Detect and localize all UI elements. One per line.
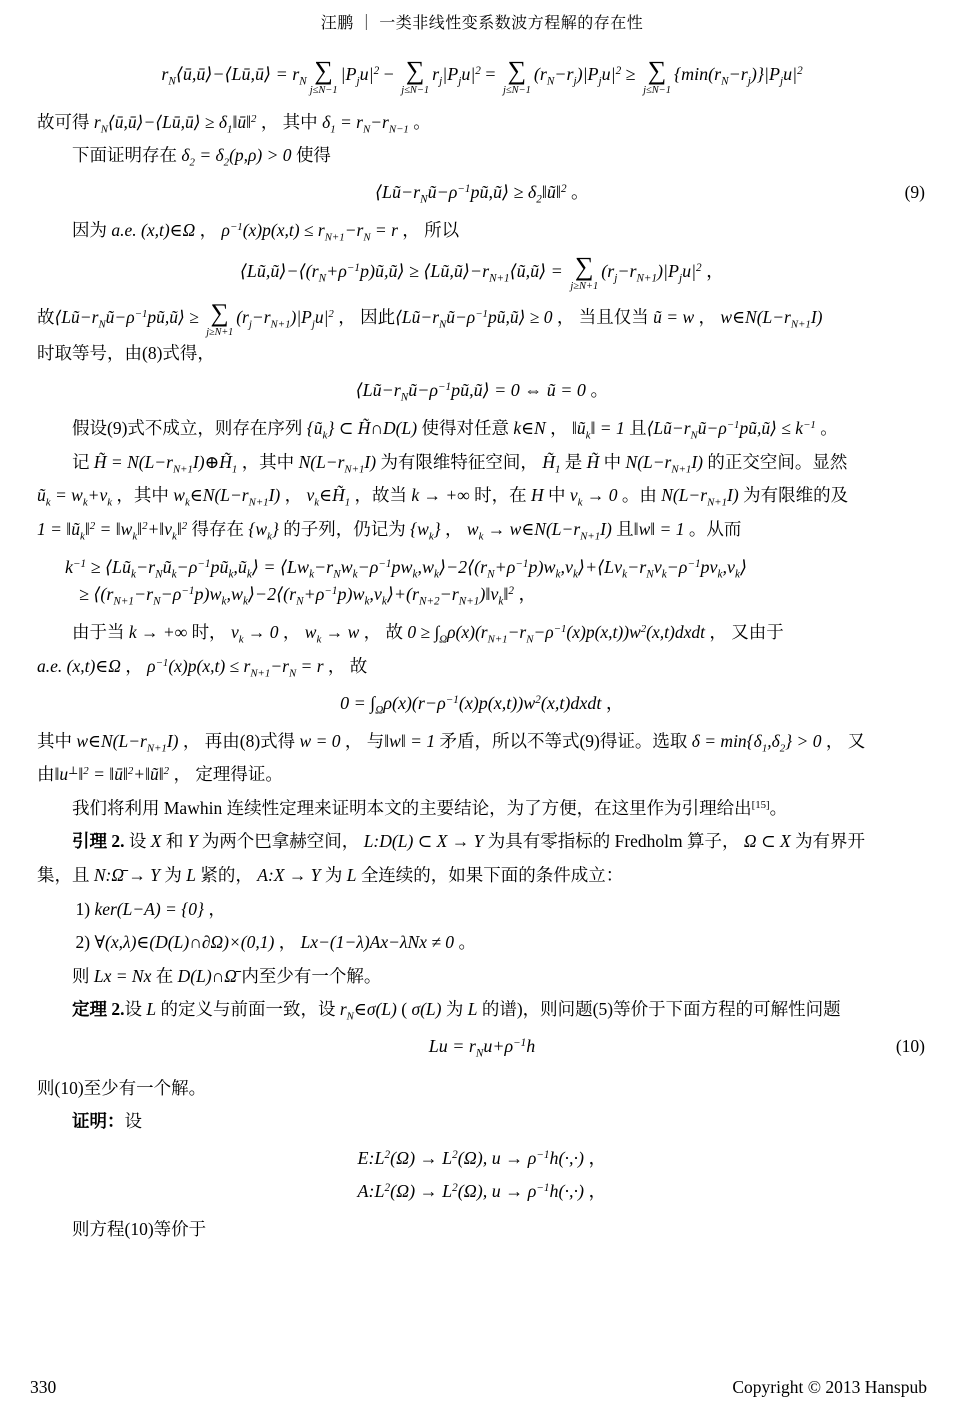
equation-text: Lu = rNu+ρ−1h: [429, 1036, 536, 1056]
condition-text: 1) ker(L−A) = {0} ，: [76, 899, 226, 919]
paragraph-text: 其中 w∈N(L−rN+1I) ， 再由(8)式得 w = 0 ， 与‖w‖ =…: [37, 731, 865, 751]
running-header: 汪鹏 ｜ 一类非线性变系数波方程解的存在性: [37, 10, 927, 33]
equation-text: E:L2(Ω) → L2(Ω), u → ρ−1h(·,·) ，: [358, 1148, 607, 1168]
paragraph-solution-exists: 则(10)至少有一个解。: [37, 1072, 927, 1106]
display-equation-10: Lu = rNu+ρ−1h (10): [37, 1033, 927, 1060]
paragraph-text: 1 = ‖ũk‖2 = ‖wk‖2+‖vk‖2 得存在 {wk} 的子列，仍记为…: [37, 519, 741, 539]
paragraph-hence-sum: 故⟨Lũ−rNũ−ρ−1pũ,ũ⟩ ≥ ∑j≥N+1(rj−rN+1)|Pju|…: [37, 300, 927, 338]
theorem-text: 设 L 的定义与前面一致，设 rN∈σ(L) ( σ(L) 为 L 的谱)，则问…: [125, 999, 841, 1019]
equation-text: ⟨Lũ,ũ⟩−⟨(rN+ρ−1p)ũ,ũ⟩ ≥ ⟨Lũ,ũ⟩−rN+1⟨ũ,ũ⟩…: [240, 261, 724, 281]
equation-text: A:L2(Ω) → L2(Ω), u → ρ−1h(·,·) ，: [358, 1181, 607, 1201]
paragraph-space-decomposition: 记 H̃ = N(L−rN+1I)⊕H̃1 ，其中 N(L−rN+1I) 为有限…: [37, 446, 927, 480]
paragraph-contradiction-end: 其中 w∈N(L−rN+1I) ， 再由(8)式得 w = 0 ， 与‖w‖ =…: [37, 725, 927, 759]
paragraph-ae-bound: a.e. (x,t)∈Ω ， ρ−1(x)p(x,t) ≤ rN+1−rN = …: [37, 650, 927, 684]
paragraph-delta2-claim: 下面证明存在 δ2 = δ2(p,ρ) > 0 使得: [37, 139, 927, 173]
paragraph-text: 假设(9)式不成立，则存在序列 {ũk} ⊂ H̃∩D(L) 使得对任意 k∈N…: [72, 418, 838, 438]
paragraph-text: 记 H̃ = N(L−rN+1I)⊕H̃1 ，其中 N(L−rN+1I) 为有限…: [72, 452, 847, 472]
paragraph-text: 则 Lx = Nx 在 D(L)∩Ω̄ 内至少有一个解。: [72, 966, 381, 986]
paragraph-contradiction-setup: 假设(9)式不成立，则存在序列 {ũk} ⊂ H̃∩D(L) 使得对任意 k∈N…: [37, 412, 927, 446]
display-equation-kinv-line1: k−1 ≥ ⟨Lũk−rNũk−ρ−1pũk,ũk⟩ = ⟨Lwk−rNwk−ρ…: [37, 554, 927, 581]
display-equation-zero-integral: 0 = ∫Ωρ(x)(r−ρ−1(x)p(x,t))w2(x,t)dxdt ，: [37, 690, 927, 717]
paragraph-text: 由于当 k → +∞ 时， vk → 0 ， wk → w ， 故 0 ≥ ∫Ω…: [72, 622, 784, 642]
paper-page: 汪鹏 ｜ 一类非线性变系数波方程解的存在性 rN⟨ū,ū⟩−⟨Lū,ū⟩ = r…: [0, 0, 965, 1414]
paragraph-theorem-proved: 由‖u⊥‖2 = ‖ū‖2+‖ũ‖2 ， 定理得证。: [37, 758, 927, 792]
lemma-condition-2: 2) ∀(x,λ)∈(D(L)∩∂Ω)×(0,1) ， Lx−(1−λ)Ax−λ…: [37, 926, 927, 960]
running-title: 汪鹏 ｜ 一类非线性变系数波方程解的存在性: [321, 15, 644, 32]
paragraph-text: 我们将利用 Mawhin 连续性定理来证明本文的主要结论，为了方便，在这里作为引…: [72, 798, 787, 818]
paragraph-limit-integral: 由于当 k → +∞ 时， vk → 0 ， wk → w ， 故 0 ≥ ∫Ω…: [37, 616, 927, 650]
equation-number: (10): [896, 1033, 925, 1059]
equation-text: 0 = ∫Ωρ(x)(r−ρ−1(x)p(x,t))w2(x,t)dxdt ，: [340, 693, 624, 713]
paragraph-text: 则方程(10)等价于: [72, 1219, 206, 1239]
paragraph-text: ũk = wk+vk ，其中 wk∈N(L−rN+1I) ， vk∈H̃1 ，故…: [37, 485, 848, 505]
equation-number: (9): [905, 179, 925, 205]
paragraph-conclusion-delta1: 故可得 rN⟨ū,ū⟩−⟨Lū,ū⟩ ≥ δ1‖ū‖2 ， 其中 δ1 = rN…: [37, 106, 927, 140]
equation-text: ⟨Lũ−rNũ−ρ−1pũ,ũ⟩ ≥ δ2‖ũ‖2 。: [375, 182, 589, 202]
display-equation-A: A:L2(Ω) → L2(Ω), u → ρ−1h(·,·) ，: [37, 1178, 927, 1205]
theorem-2: 定理 2.设 L 的定义与前面一致，设 rN∈σ(L) ( σ(L) 为 L 的…: [37, 993, 927, 1027]
paragraph-text: 则(10)至少有一个解。: [37, 1078, 206, 1098]
paragraph-lemma-continuation: 集，且 N:Ω̄ → Y 为 L 紧的， A:X → Y 为 L 全连续的，如果…: [37, 859, 927, 893]
proof-label: 证明：: [72, 1111, 125, 1131]
lemma-2: 引理 2. 设 X 和 Y 为两个巴拿赫空间， L:D(L) ⊂ X → Y 为…: [37, 825, 927, 859]
display-equation-kinv-line2: ≥ ⟨(rN+1−rN−ρ−1p)wk,wk⟩−2⟨(rN+ρ−1p)wk,vk…: [37, 581, 927, 608]
paragraph-text: a.e. (x,t)∈Ω ， ρ−1(x)p(x,t) ≤ rN+1−rN = …: [37, 656, 367, 676]
paragraph-text: 由‖u⊥‖2 = ‖ū‖2+‖ũ‖2 ， 定理得证。: [37, 764, 283, 784]
page-footer: 330 Copyright © 2013 Hanspub: [0, 1377, 965, 1398]
paragraph-text: 下面证明存在 δ2 = δ2(p,ρ) > 0 使得: [72, 145, 331, 165]
page-number: 330: [30, 1377, 56, 1398]
theorem-label: 定理 2.: [72, 999, 125, 1019]
page-content: 汪鹏 ｜ 一类非线性变系数波方程解的存在性 rN⟨ū,ū⟩−⟨Lū,ū⟩ = r…: [0, 0, 965, 1247]
paragraph-norm-subsequence: 1 = ‖ũk‖2 = ‖wk‖2+‖vk‖2 得存在 {wk} 的子列，仍记为…: [37, 513, 927, 547]
paragraph-equality-case: 时取等号，由(8)式得，: [37, 337, 927, 371]
paragraph-text: 因为 a.e. (x,t)∈Ω ， ρ−1(x)p(x,t) ≤ rN+1−rN…: [72, 220, 459, 240]
equation-text: k−1 ≥ ⟨Lũk−rNũk−ρ−1pũk,ũk⟩ = ⟨Lwk−rNwk−ρ…: [65, 557, 747, 577]
lemma-label: 引理 2.: [72, 831, 125, 851]
paragraph-uk-decomposition: ũk = wk+vk ，其中 wk∈N(L−rN+1I) ， vk∈H̃1 ，故…: [37, 479, 927, 513]
display-equation-9: ⟨Lũ−rNũ−ρ−1pũ,ũ⟩ ≥ δ2‖ũ‖2 。 (9): [37, 179, 927, 206]
display-equation-lu: ⟨Lũ,ũ⟩−⟨(rN+ρ−1p)ũ,ũ⟩ ≥ ⟨Lũ,ũ⟩−rN+1⟨ũ,ũ⟩…: [37, 253, 927, 292]
condition-text: 2) ∀(x,λ)∈(D(L)∩∂Ω)×(0,1) ， Lx−(1−λ)Ax−λ…: [76, 932, 476, 952]
paragraph-text: 集，且 N:Ω̄ → Y 为 L 紧的， A:X → Y 为 L 全连续的，如果…: [37, 865, 623, 885]
display-equation-iff: ⟨Lũ−rNũ−ρ−1pũ,ũ⟩ = 0 ⇔ ũ = 0 。: [37, 377, 927, 404]
equation-text: rN⟨ū,ū⟩−⟨Lū,ū⟩ = rN∑j≤N−1|Pju|2 − ∑j≤N−1…: [161, 64, 802, 84]
paragraph-mawhin-intro: 我们将利用 Mawhin 连续性定理来证明本文的主要结论，为了方便，在这里作为引…: [37, 792, 927, 826]
paragraph-equivalent-to: 则方程(10)等价于: [37, 1213, 927, 1247]
paragraph-because-ae: 因为 a.e. (x,t)∈Ω ， ρ−1(x)p(x,t) ≤ rN+1−rN…: [37, 214, 927, 248]
proof-text: 设: [125, 1111, 143, 1131]
display-equation-E: E:L2(Ω) → L2(Ω), u → ρ−1h(·,·) ，: [37, 1145, 927, 1172]
proof-start: 证明：设: [37, 1105, 927, 1139]
copyright-notice: Copyright © 2013 Hanspub: [732, 1377, 927, 1398]
display-equation-rn: rN⟨ū,ū⟩−⟨Lū,ū⟩ = rN∑j≤N−1|Pju|2 − ∑j≤N−1…: [37, 57, 927, 96]
equation-text: ⟨Lũ−rNũ−ρ−1pũ,ũ⟩ = 0 ⇔ ũ = 0 。: [356, 380, 609, 400]
paragraph-text: 故可得 rN⟨ū,ū⟩−⟨Lū,ū⟩ ≥ δ1‖ū‖2 ， 其中 δ1 = rN…: [37, 112, 431, 132]
lemma-condition-1: 1) ker(L−A) = {0} ，: [37, 893, 927, 927]
paragraph-text: 故⟨Lũ−rNũ−ρ−1pũ,ũ⟩ ≥ ∑j≥N+1(rj−rN+1)|Pju|…: [37, 307, 823, 327]
equation-text: ≥ ⟨(rN+1−rN−ρ−1p)wk,wk⟩−2⟨(rN+ρ−1p)wk,vk…: [79, 584, 536, 604]
paragraph-lemma-conclusion: 则 Lx = Nx 在 D(L)∩Ω̄ 内至少有一个解。: [37, 960, 927, 994]
lemma-text: 设 X 和 Y 为两个巴拿赫空间， L:D(L) ⊂ X → Y 为具有零指标的…: [125, 831, 866, 851]
paragraph-text: 时取等号，由(8)式得，: [37, 343, 215, 363]
